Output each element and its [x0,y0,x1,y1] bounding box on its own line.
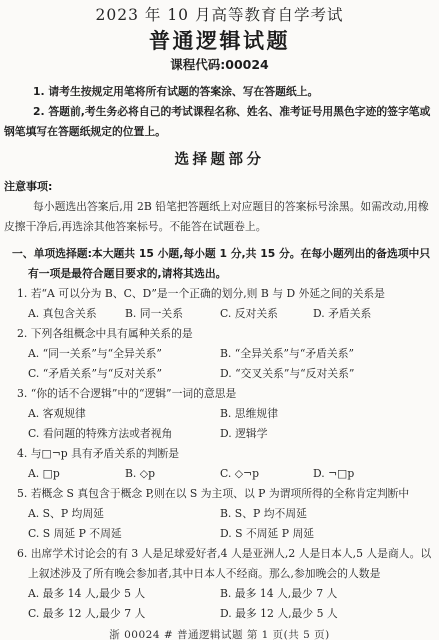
question-6-stem: 6. 出席学术讨论会的有 3 人是足球爱好者,4 人是亚洲人,2 人是日本人,5… [4,544,435,584]
option-d: D. 逻辑学 [220,424,435,444]
question-1-stem: 1. 若“A 可以分为 B、C、D”是一个正确的划分,则 B 与 D 外延之间的… [4,284,435,304]
question-3-stem: 3. “你的话不合逻辑”中的“逻辑”一词的意思是 [4,384,435,404]
question-4-stem: 4. 与□¬p 具有矛盾关系的判断是 [4,444,435,464]
question-2-options: A. “同一关系”与“全异关系” B. “全异关系”与“矛盾关系” C. “矛盾… [28,344,435,384]
option-c: C. 反对关系 [220,304,313,324]
option-b: B. 最多 14 人,最少 7 人 [220,584,435,604]
option-b: B. ◇p [125,464,220,484]
exam-paper-page: 2023 年 10 月高等教育自学考试 普通逻辑试题 课程代码:00024 1.… [0,0,439,640]
part-one-heading: 一、单项选择题:本大题共 15 小题,每小题 1 分,共 15 分。在每小题列出… [12,244,435,284]
option-b: B. 同一关系 [125,304,220,324]
option-c: C. 看问题的特殊方法或者视角 [28,424,220,444]
option-a: A. 最多 14 人,最少 5 人 [28,584,220,604]
question-5-options: A. S、P 均周延 B. S、P 均不周延 C. S 周延 P 不周延 D. … [28,504,435,544]
question-4: 4. 与□¬p 具有矛盾关系的判断是 A. □p B. ◇p C. ◇¬p D.… [4,444,435,484]
option-d: D. 最多 12 人,最少 5 人 [220,604,435,624]
question-3: 3. “你的话不合逻辑”中的“逻辑”一词的意思是 A. 客观规律 B. 思维规律… [4,384,435,444]
question-1-options: A. 真包含关系 B. 同一关系 C. 反对关系 D. 矛盾关系 [28,304,435,324]
option-a: A. S、P 均周延 [28,504,220,524]
option-c: C. 最多 12 人,最少 7 人 [28,604,220,624]
notice-body: 每小题选出答案后,用 2B 铅笔把答题纸上对应题目的答案标号涂黑。如需改动,用橡… [4,197,435,237]
option-d: D. ¬□p [313,464,435,484]
option-d: D. 矛盾关系 [313,304,435,324]
option-b: B. “全异关系”与“矛盾关系” [220,344,435,364]
question-6-options: A. 最多 14 人,最少 5 人 B. 最多 14 人,最少 7 人 C. 最… [28,584,435,624]
question-1: 1. 若“A 可以分为 B、C、D”是一个正确的划分,则 B 与 D 外延之间的… [4,284,435,324]
instruction-1: 1. 请考生按规定用笔将所有试题的答案涂、写在答题纸上。 [4,82,435,102]
option-b: B. 思维规律 [220,404,435,424]
question-3-options: A. 客观规律 B. 思维规律 C. 看问题的特殊方法或者视角 D. 逻辑学 [28,404,435,444]
exam-session-title: 2023 年 10 月高等教育自学考试 [4,5,435,26]
option-c: C. S 周延 P 不周延 [28,524,220,544]
option-c: C. “矛盾关系”与“反对关系” [28,364,220,384]
option-b: B. S、P 均不周延 [220,504,435,524]
question-6: 6. 出席学术讨论会的有 3 人是足球爱好者,4 人是亚洲人,2 人是日本人,5… [4,544,435,624]
option-d: D. “交叉关系”与“反对关系” [220,364,435,384]
option-a: A. □p [28,464,125,484]
option-a: A. 客观规律 [28,404,220,424]
option-a: A. “同一关系”与“全异关系” [28,344,220,364]
instruction-2: 2. 答题前,考生务必将自己的考试课程名称、姓名、准考证号用黑色字迹的签字笔或钢… [4,102,435,142]
option-c: C. ◇¬p [220,464,313,484]
course-code: 课程代码:00024 [4,56,435,74]
question-5-stem: 5. 若概念 S 真包含于概念 P,则在以 S 为主项、以 P 为谓项所得的全称… [4,484,435,504]
question-2: 2. 下列各组概念中具有属种关系的是 A. “同一关系”与“全异关系” B. “… [4,324,435,384]
question-5: 5. 若概念 S 真包含于概念 P,则在以 S 为主项、以 P 为谓项所得的全称… [4,484,435,544]
option-d: D. S 不周延 P 周延 [220,524,435,544]
page-footer: 浙 00024 # 普通逻辑试题 第 1 页(共 5 页) [4,627,435,640]
selection-section-heading: 选择题部分 [4,150,435,170]
notice-title: 注意事项: [4,177,435,197]
question-4-options: A. □p B. ◇p C. ◇¬p D. ¬□p [28,464,435,484]
question-2-stem: 2. 下列各组概念中具有属种关系的是 [4,324,435,344]
option-a: A. 真包含关系 [28,304,125,324]
paper-title: 普通逻辑试题 [4,28,435,55]
